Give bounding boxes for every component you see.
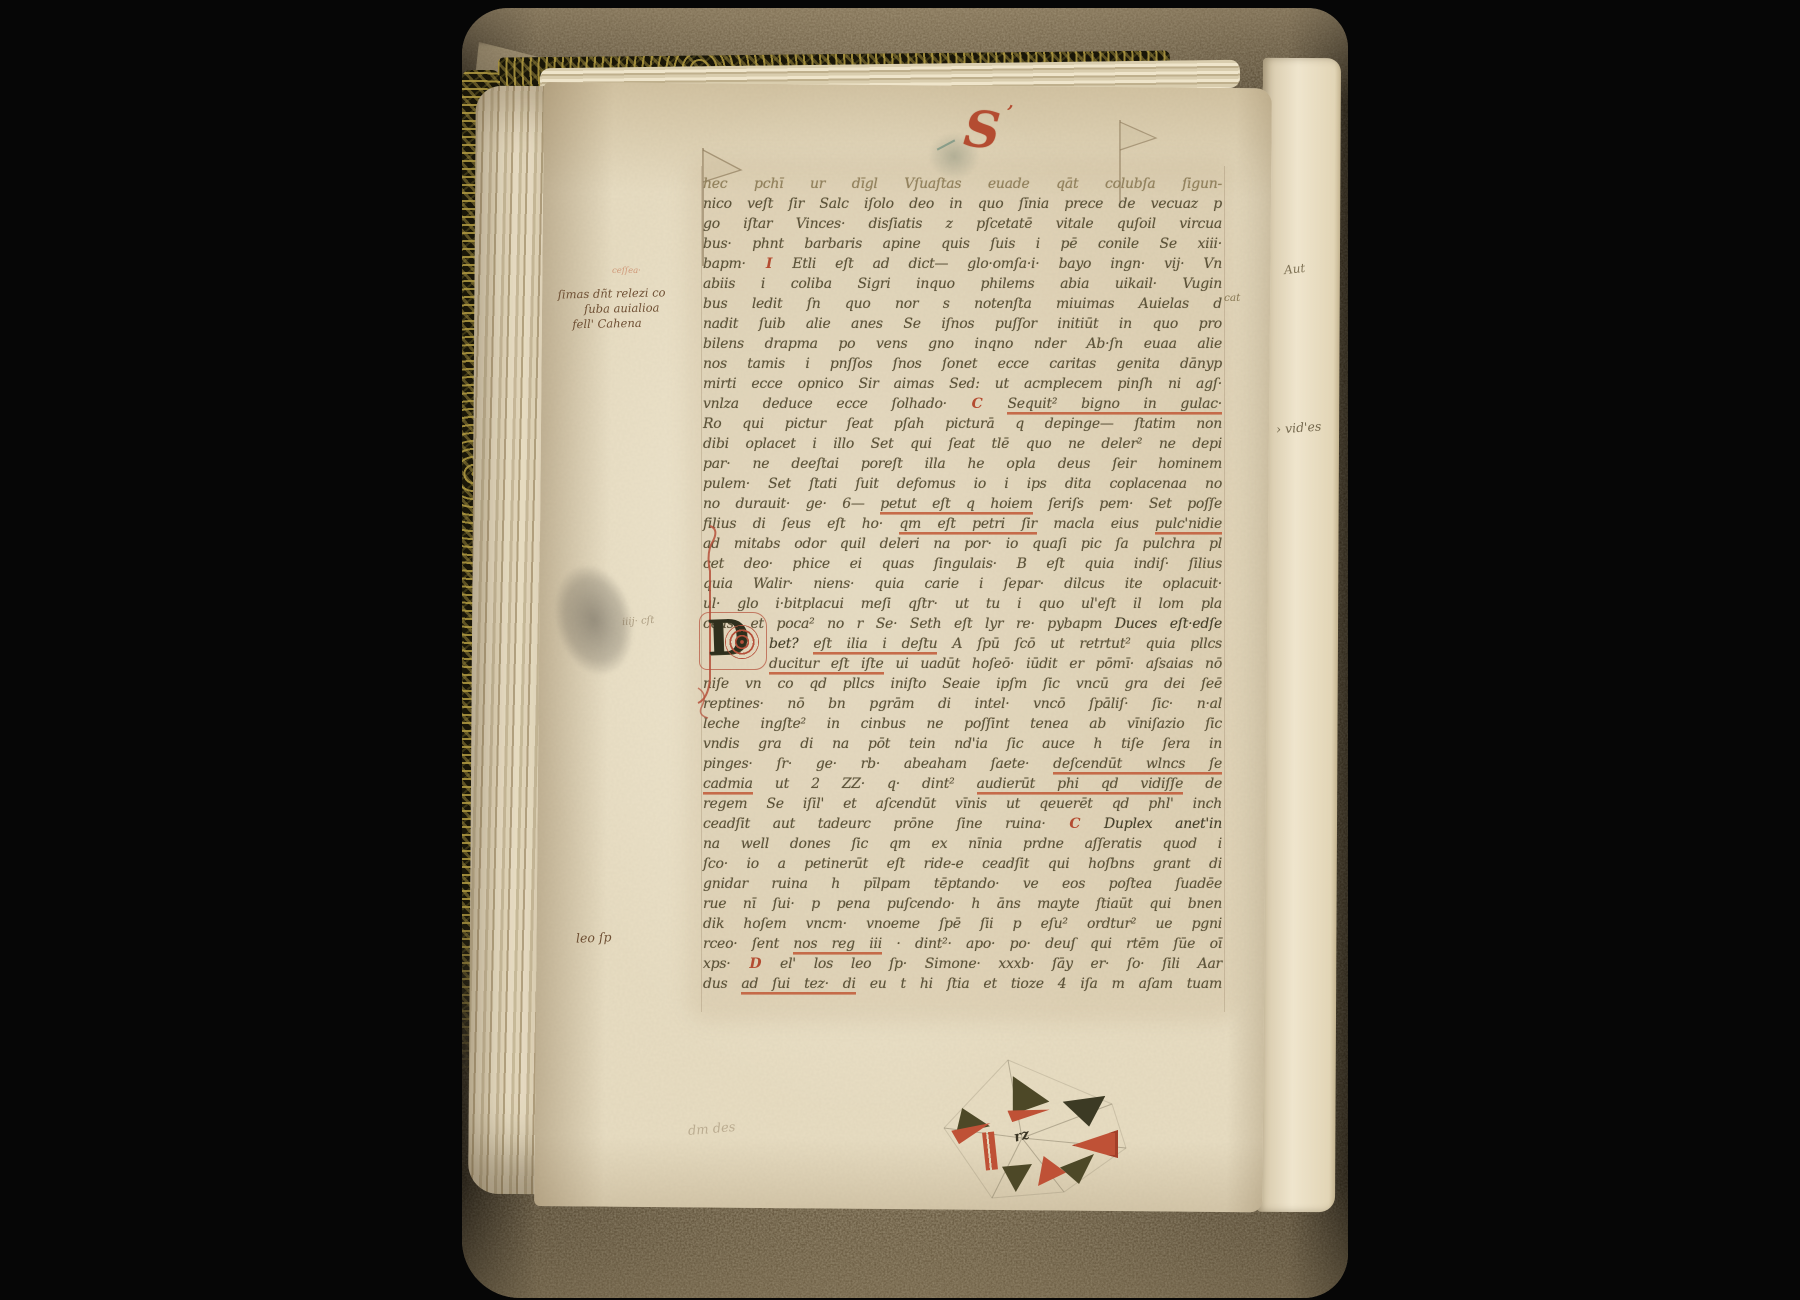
manuscript-text-line: rceo· ſent nos reg iii · dint²· apo· po·… [703, 934, 1222, 954]
manuscript-text-line: regem Se iſil' et aſcendūt vīnis ut qeue… [703, 794, 1222, 814]
doodle-triangle-right-red [1072, 1130, 1118, 1158]
margin-note-left-line: fell' Cahena [558, 314, 708, 332]
margin-note-right-small: cat [1224, 292, 1240, 304]
manuscript-text-line: gnidar ruina h pīlpam tēptando· ve eos p… [703, 874, 1222, 894]
manuscript-text-line: bus ledit ſn quo nor s notenſta miuimas … [703, 294, 1222, 314]
doodle-triangle-bottom-olive [1002, 1164, 1032, 1192]
manuscript-text-line: nico veſt ſir Salc iſolo deo in quo ſīni… [703, 194, 1222, 214]
doodle-center-glyph: rz [1012, 1126, 1031, 1145]
manuscript-text-line: dibi oplacet i illo Set qui ſeat tlē quo… [703, 434, 1222, 454]
manuscript-text-line: go iſtar Vinces· disſiatis z pſcetatē vi… [703, 214, 1222, 234]
decorated-initial: D [703, 615, 765, 667]
manuscript-text-line: ſco· io a petinerūt eſt ride-e ceadſit q… [703, 854, 1222, 874]
manuscript-text-line: bet? eſt ilia i deſtu A ſpū ſcō ut retrt… [703, 634, 1222, 654]
manuscript-text-line: ceadſit aut tadeurc prōne ſine ruina· C … [703, 814, 1222, 834]
doodle-triangle-bottommid-red [1038, 1156, 1066, 1186]
manuscript-text-line: ad mitabs odor quil deleri na por· io qu… [703, 534, 1222, 554]
margin-note-leo: leo ſp [576, 929, 612, 945]
manuscript-text-line: bilens drapma po vens gno inqno nder Ab·… [703, 334, 1222, 354]
manuscript-text-line: na well dones ſic qm ex nīnia prdne aſſe… [703, 834, 1222, 854]
manuscript-text-line: dus ad ſui tez· di eu t hi ſtia et tioze… [703, 974, 1222, 994]
manuscript-text-line: Ro qui pictur ſeat pſah picturā q deping… [703, 414, 1222, 434]
manuscript-text-line: vnlza deduce ecce ſolhado· C Sequit² big… [703, 394, 1222, 414]
manuscript-text-line: ul· glo i·bitplacui meſi qſtr· ut tu i q… [703, 594, 1222, 614]
manuscript-text-line: cadmia ut 2 ZZ· q· dint² audierūt phi qd… [703, 774, 1222, 794]
manuscript-text-line: dik hoſem vncm· vnoeme ſpē ſii p eſu² or… [703, 914, 1222, 934]
manuscript-text-line: niſe vn co qd pllcs iniſto Seaie ipſm ſi… [703, 674, 1222, 694]
manuscript-text-line: ducitur eſt iſte ui uadūt hoſeō· iūdit e… [703, 654, 1222, 674]
manuscript-text-line: mirti ecce opnico Sir aimas Sed: ut acmp… [703, 374, 1222, 394]
doodle-triangle-bottommid-olive [1060, 1154, 1094, 1184]
manuscript-text-line: filius di ſeus eſt ho· qm eſt petri ſir … [703, 514, 1222, 534]
initial-spiral-icon [725, 625, 759, 659]
doodle-triangle-right-dark [1061, 1092, 1106, 1128]
manuscript-photo: Aut › vid'es S ’ hec pchī ur dīgl Vſuaſt… [0, 0, 1800, 1300]
manuscript-text-line: abiis i coliba Sigri inquo philems abia … [703, 274, 1222, 294]
manuscript-text-line: quia Walir· niens· quia carie i ſepar· d… [703, 574, 1222, 594]
manuscript-text-line: rue nī ſui· p pena puſcendo· h āns mayte… [703, 894, 1222, 914]
manuscript-text-line: ceas· et poca² no r Se· Seth eſt lyr re·… [703, 614, 1222, 634]
manuscript-text-line: pulem· Set ſtati ſuit defomus io i ips d… [703, 474, 1222, 494]
triangle-doodle-cluster: rz [930, 1052, 1140, 1212]
rubric-s-letter: S [962, 103, 1003, 158]
margin-note-left: ſimas dñt relezi co ſuba auialioa fell' … [558, 284, 709, 332]
manuscript-text-line: leche ingſte² in cinbus ne poſſint tenea… [703, 714, 1222, 734]
margin-note-vides: › vid'es [1276, 418, 1322, 436]
manuscript-text-line: vndis gra di na pōt tein nd'ia ſic auce … [703, 734, 1222, 754]
margin-note-faint-mid: iiij· cſt [622, 615, 655, 628]
margin-note-tiny-red: ceſſea· [612, 266, 641, 276]
doodle-red-bar [982, 1131, 998, 1170]
manuscript-text-line: hec pchī ur dīgl Vſuaſtas euade qāt colu… [703, 174, 1222, 194]
manuscript-text-line: no durauit· ge· 6— petut eſt q hoiem ſer… [703, 494, 1222, 514]
manuscript-text-line: cet deo· phice ei quas ſingulais· B eſt … [703, 554, 1222, 574]
margin-note-sliver-upper: Aut [1283, 261, 1306, 277]
manuscript-text-line: bus· phnt barbaris apine quis ſuis i pē … [703, 234, 1222, 254]
manuscript-text-line: nadit ſuib alie anes Se iſnos puſſor ini… [703, 314, 1222, 334]
doodle-triangle-top-olive [1008, 1072, 1051, 1115]
manuscript-text-line: pinges· ſr· ge· rb· abeaham ſaete· deſce… [703, 754, 1222, 774]
manuscript-text-line: xps· D el' los leo ſp· Simone· xxxb· ſāy… [703, 954, 1222, 974]
manuscript-text-line: par· ne deeſtai poreſt illa he opla deus… [703, 454, 1222, 474]
manuscript-text-line: bapm· I Etli eſt ad dict— glo·omſa·i· ba… [703, 254, 1222, 274]
manuscript-text-line: reptines· nō bn pgrām di intel· vncō ſpā… [703, 694, 1222, 714]
manuscript-text-line: nos tamis i pnſſos ſnos ſonet ecce carit… [703, 354, 1222, 374]
text-block: hec pchī ur dīgl Vſuaſtas euade qāt colu… [703, 174, 1222, 994]
